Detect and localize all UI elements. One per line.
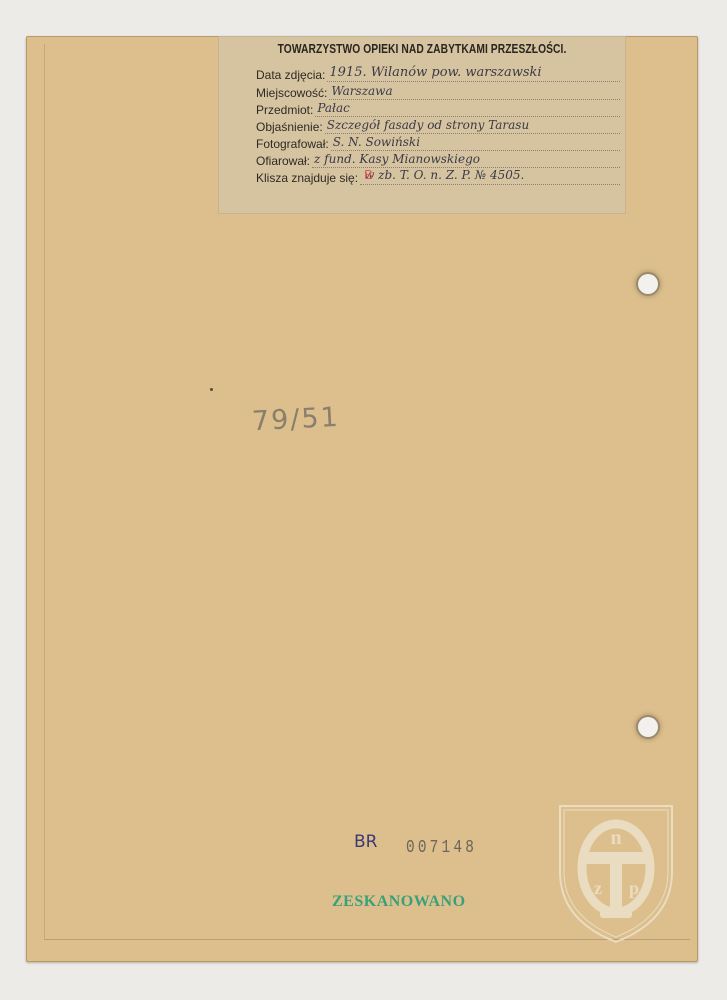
speck <box>210 388 213 391</box>
scanned-stamp: ZESKANOWANO <box>332 893 466 911</box>
field-date: Data zdjęcia: 1915. Wilanów pow. warszaw… <box>256 64 620 82</box>
pencil-note: 79/51 <box>251 402 340 438</box>
field-donor: Ofiarował: z fund. Kasy Mianowskiego <box>256 150 620 168</box>
punch-hole-bottom <box>638 717 658 737</box>
field-negative: Klisza znajduje się: w zb. T. O. n. Z. P… <box>256 167 620 185</box>
inventory-number: 007148 <box>406 838 477 858</box>
svg-text:n: n <box>610 827 621 849</box>
svg-text:z: z <box>594 878 602 898</box>
field-place: Miejscowość: Warszawa <box>256 82 620 100</box>
field-photographer: Fotografował: S. N. Sowiński <box>256 133 620 151</box>
field-description-value: Szczegół fasady od strony Tarasu <box>327 118 529 132</box>
field-place-value: Warszawa <box>331 84 392 98</box>
field-photographer-value: S. N. Sowiński <box>333 135 420 149</box>
field-negative-value: w zb. T. O. n. Z. P. № 4505. <box>364 168 524 182</box>
society-label: TOWARZYSTWO OPIEKI NAD ZABYTKAMI PRZESZŁ… <box>218 36 626 214</box>
field-donor-value: z fund. Kasy Mianowskiego <box>314 152 480 166</box>
punch-hole-top <box>638 274 658 294</box>
red-letter-mark: B <box>364 168 373 182</box>
field-subject: Przedmiot: Pałac <box>256 99 620 117</box>
tonzp-emblem-icon: n z p <box>556 802 676 946</box>
label-title: TOWARZYSTWO OPIEKI NAD ZABYTKAMI PRZESZŁ… <box>255 42 590 56</box>
svg-text:p: p <box>629 878 639 898</box>
photo-card: TOWARZYSTWO OPIEKI NAD ZABYTKAMI PRZESZŁ… <box>26 36 698 962</box>
field-date-value: 1915. Wilanów pow. warszawski <box>329 66 541 80</box>
field-description: Objaśnienie: Szczegół fasady od strony T… <box>256 116 620 134</box>
field-subject-value: Pałac <box>317 101 349 115</box>
signature-mark: BR <box>354 832 377 852</box>
